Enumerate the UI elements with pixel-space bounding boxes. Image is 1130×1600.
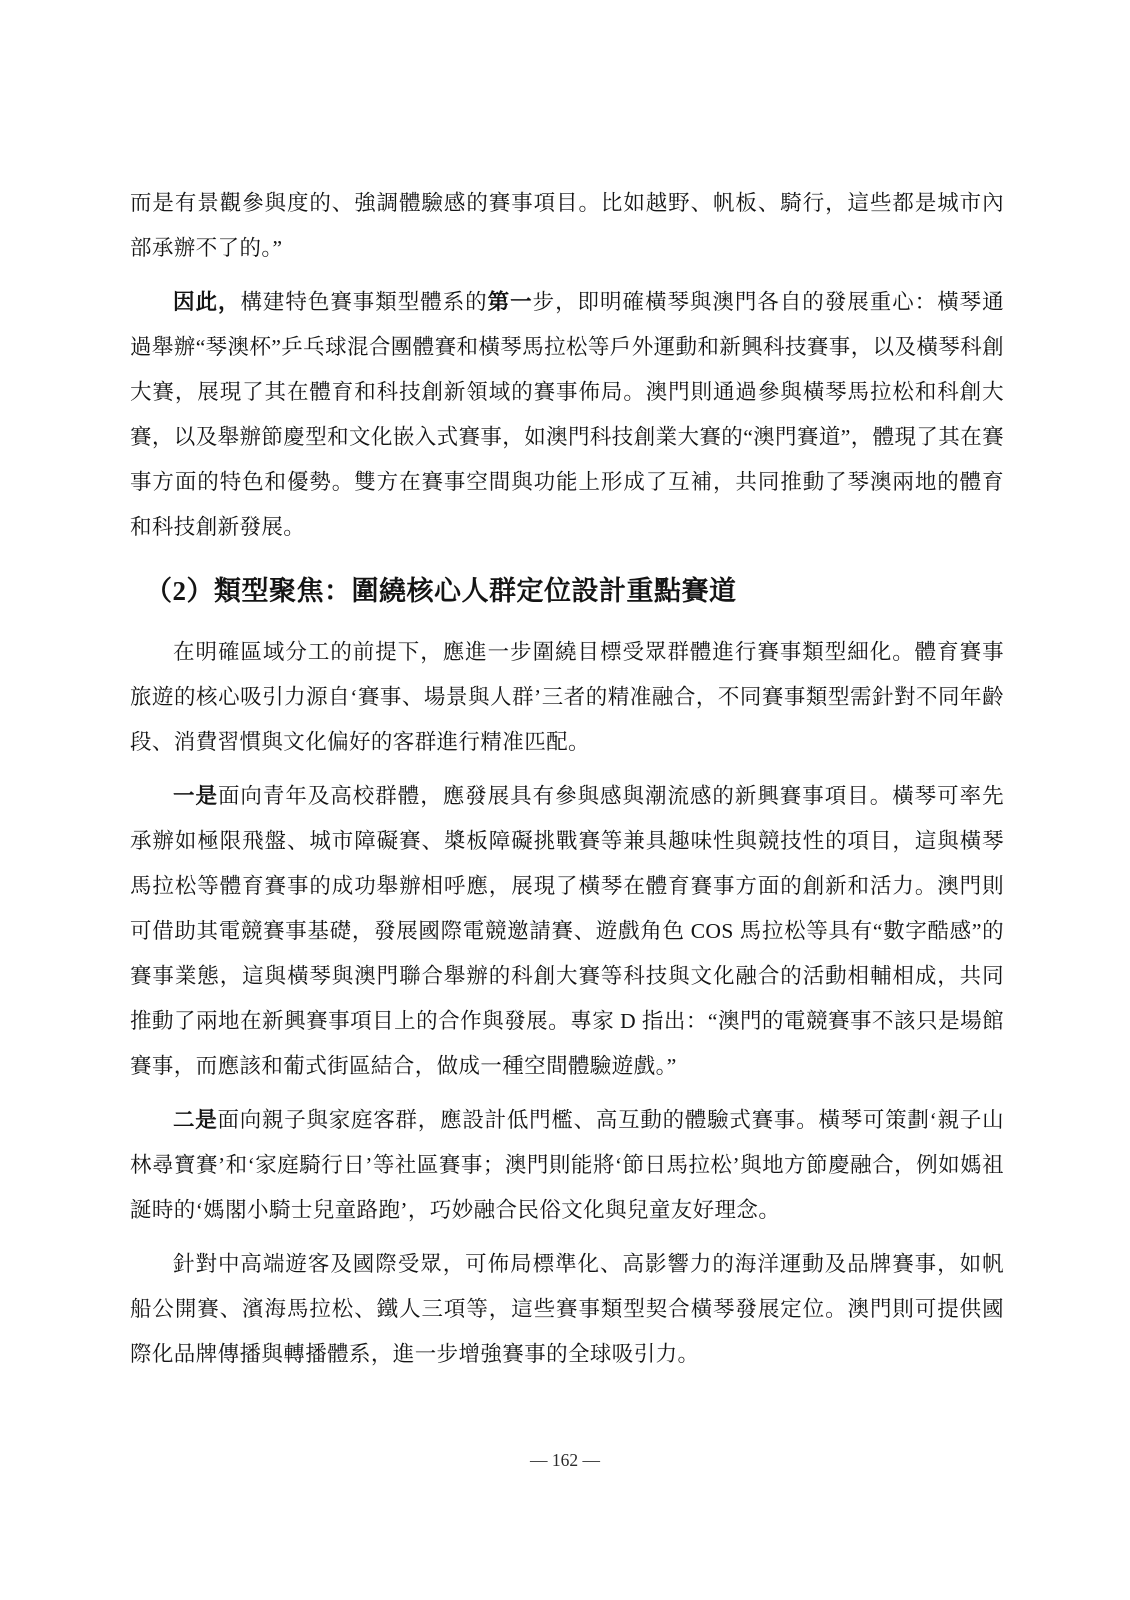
- page-number: — 162 —: [0, 1450, 1130, 1471]
- paragraph-text: 面向青年及高校群體，應發展具有參與感與潮流感的新興賽事項目。橫琴可率先承辦如極限…: [130, 784, 1004, 1078]
- paragraph-text: 面向親子與家庭客群，應設計低門檻、高互動的體驗式賽事。橫琴可策劃‘親子山林尋寶賽…: [130, 1108, 1004, 1222]
- paragraph-text: 步，即明確橫琴與澳門各自的發展重心：橫琴通過舉辦“琴澳杯”乒乓球混合團體賽和橫琴…: [130, 290, 1004, 539]
- paragraph-intro: 在明確區域分工的前提下，應進一步圍繞目標受眾群體進行賽事類型細化。體育賽事旅遊的…: [130, 630, 1004, 765]
- paragraph-text: 構建特色賽事類型體系的: [240, 290, 487, 314]
- section-heading: （2）類型聚焦：圍繞核心人群定位設計重點賽道: [130, 570, 1004, 612]
- document-body: 而是有景觀參與度的、強調體驗感的賽事項目。比如越野、帆板、騎行，這些都是城市內部…: [130, 181, 1004, 1386]
- paragraph-point-one: 一是面向青年及高校群體，應發展具有參與感與潮流感的新興賽事項目。橫琴可率先承辦如…: [130, 774, 1004, 1089]
- bold-lead-ershi: 二是: [173, 1108, 218, 1132]
- bold-lead-yishi: 一是: [173, 784, 218, 808]
- paragraph-point-two: 二是面向親子與家庭客群，應設計低門檻、高互動的體驗式賽事。橫琴可策劃‘親子山林尋…: [130, 1098, 1004, 1233]
- bold-lead-yinci: 因此，: [173, 290, 240, 314]
- paragraph-point-three: 針對中高端遊客及國際受眾，可佈局標準化、高影響力的海洋運動及品牌賽事，如帆船公開…: [130, 1242, 1004, 1377]
- document-page: 而是有景觀參與度的、強調體驗感的賽事項目。比如越野、帆板、騎行，這些都是城市內部…: [0, 0, 1130, 1600]
- paragraph-summary: 因此，構建特色賽事類型體系的第一步，即明確橫琴與澳門各自的發展重心：橫琴通過舉辦…: [130, 280, 1004, 550]
- paragraph-continuation: 而是有景觀參與度的、強調體驗感的賽事項目。比如越野、帆板、騎行，這些都是城市內部…: [130, 181, 1004, 271]
- bold-emphasis-first-step: 第一: [488, 290, 533, 314]
